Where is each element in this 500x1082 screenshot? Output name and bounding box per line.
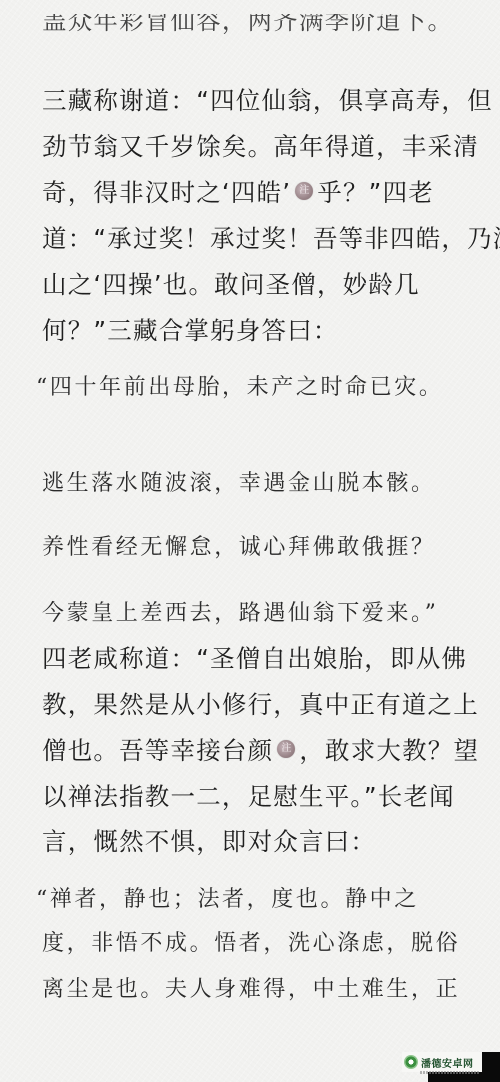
paragraph-line-text: 奇，得非汉时之‘四皓’ [42, 178, 291, 207]
paragraph-line: 教，果然是从小修行，真中正有道之上 [42, 686, 479, 721]
paragraph-line: 山之‘四操’也。敢问圣僧，妙龄几 [42, 266, 420, 301]
clipped-top-line: 盖众年彩冒仙容，两齐满季阶道下。 [42, 14, 453, 42]
poem-line: “四十年前出母胎，未产之时命已灾。 [36, 370, 443, 401]
paragraph-line: 道：“承过奖！承过奖！吾等非四皓，乃深 [42, 220, 500, 255]
paragraph-line: 三藏称谢道：“四位仙翁，俱享高寿，但 [42, 82, 493, 117]
paragraph-line-with-note: 奇，得非汉时之‘四皓’注乎？”四老 [42, 174, 434, 209]
paragraph-line: 离尘是也。夫人身难得，中土难生，正 [42, 972, 460, 1003]
paragraph-line: 劲节翁又千岁馀矣。高年得道，丰采清 [42, 128, 479, 163]
paragraph-line: 言，慨然不惧，即对众言曰： [42, 823, 376, 858]
paragraph-line-text: 僧也。吾等幸接台颜 [42, 736, 273, 765]
paragraph-line: 四老咸称道：“圣僧自出娘胎，即从佛 [42, 640, 467, 675]
poem-line: 逃生落水随波滚，幸遇金山脱本骸。 [42, 466, 436, 497]
watermark-badge: 潘德安卓网 [402, 1052, 482, 1072]
site-watermark: 潘德安卓网 [402, 1052, 500, 1082]
watermark-subtext-bar [420, 1071, 480, 1074]
poem-line: 今蒙皇上差西去，路遇仙翁下爱来。” [42, 596, 438, 627]
article-page: 盖众年彩冒仙容，两齐满季阶道下。 三藏称谢道：“四位仙翁，俱享高寿，但 劲节翁又… [0, 0, 500, 1082]
annotation-note-icon[interactable]: 注 [295, 182, 313, 200]
paragraph-line: 何？”三藏合掌躬身答曰： [42, 312, 339, 347]
leaf-logo-icon [404, 1055, 418, 1069]
paragraph-line-text: 乎？”四老 [317, 178, 434, 207]
annotation-note-icon[interactable]: 注 [277, 740, 295, 758]
paragraph-line: “禅者，静也；法者，度也。静中之 [36, 882, 419, 913]
paragraph-line-with-note: 僧也。吾等幸接台颜注，敢求大教？望 [42, 732, 479, 767]
clipped-line-text: 盖众年彩冒仙容，两齐满季阶道下。 [42, 14, 453, 37]
watermark-text: 潘德安卓网 [421, 1055, 474, 1070]
poem-line: 养性看经无懈怠，诚心拜佛敢俄捱？ [42, 530, 436, 561]
paragraph-line: 度，非悟不成。悟者，洗心涤虑，脱俗 [42, 926, 460, 957]
paragraph-line: 以禅法指教一二，足慰生平。”长老闻 [42, 778, 455, 813]
paragraph-line-text: ，敢求大教？望 [299, 736, 479, 765]
